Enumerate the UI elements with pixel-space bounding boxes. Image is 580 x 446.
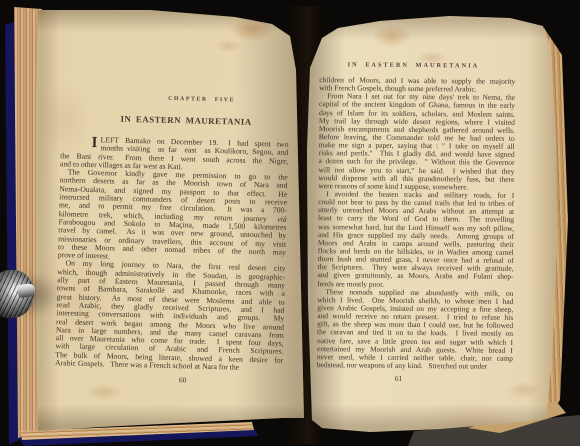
paragraph: On my long journey to Nara, the first re…	[55, 260, 286, 373]
chapter-title: IN EASTERN MAURETANIA	[72, 113, 300, 129]
paragraph: children of Moors, and I was able to sup…	[319, 76, 515, 94]
paragraph: The Governor kindly gave me permission t…	[58, 168, 288, 265]
running-head: IN EASTERN MAURETANIA	[315, 61, 511, 70]
right-page-content: IN EASTERN MAURETANIA children of Moors,…	[317, 61, 516, 393]
metal-clip	[0, 262, 64, 332]
paragraph: ILEFT Bamako on December 19. I had spent…	[60, 135, 289, 174]
drop-cap: I	[91, 136, 100, 151]
left-page-body: ILEFT Bamako on December 19. I had spent…	[55, 135, 289, 373]
right-page-number: 61	[301, 373, 497, 384]
paragraph: I avoided the beaten tracks and military…	[317, 190, 514, 289]
paragraph: From Nara I set out for my nine days' tr…	[318, 92, 515, 191]
left-page-number: 60	[69, 373, 297, 388]
right-page-body: children of Moors, and I was able to sup…	[317, 76, 516, 371]
book-photo: CHAPTER FIVE IN EASTERN MAURETANIA ILEFT…	[0, 0, 580, 446]
left-page-content: CHAPTER FIVE IN EASTERN MAURETANIA ILEFT…	[54, 93, 289, 398]
text-line: bedstead, nor weapons of any kind. Stret…	[317, 361, 513, 371]
paragraph: These nomads supplied me abundantly with…	[317, 288, 514, 371]
